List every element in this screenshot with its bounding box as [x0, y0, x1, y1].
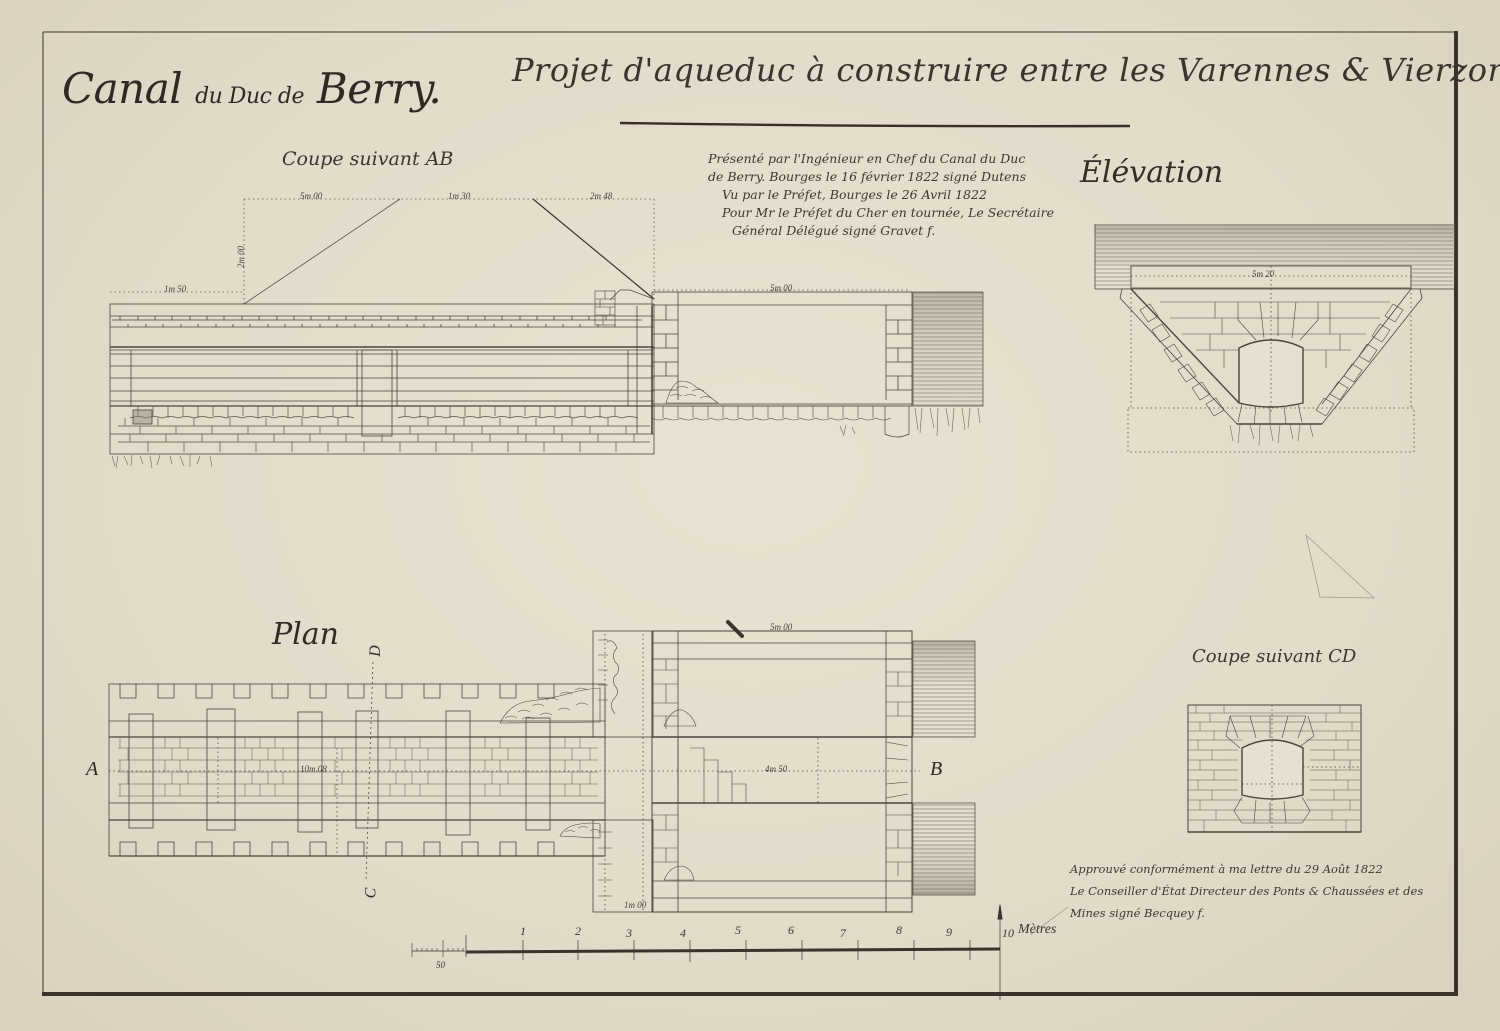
project-title: Projet d'aqueduc à construire entre les …	[512, 54, 1500, 86]
canal-word: Canal	[62, 64, 182, 113]
section-ab-title: Coupe suivant AB	[282, 150, 453, 169]
plan-title: Plan	[272, 620, 339, 650]
canal-connector: du Duc de	[195, 84, 304, 109]
canal-title: Canal du Duc de Berry.	[62, 68, 441, 110]
scale-bar	[412, 905, 1068, 1000]
dim-ab-top-mid: 1m 30	[448, 191, 470, 201]
scale-tick-2: 2	[575, 924, 581, 939]
section-label-c: C	[362, 888, 380, 899]
plan-head-wall	[593, 622, 912, 912]
dim-plan-wall: 1m 00	[624, 900, 646, 910]
scale-unit: Mètres	[1018, 922, 1056, 938]
approval-note: Approuvé conformément à ma lettre du 29 …	[1070, 858, 1423, 924]
title-underline	[620, 123, 1130, 126]
elevation-title: Élévation	[1080, 158, 1223, 188]
scale-sub-label: 50	[436, 960, 445, 970]
dim-ab-left-berm: 1m 50	[164, 284, 186, 294]
scale-tick-10: 10	[1002, 926, 1014, 941]
scale-tick-4: 4	[680, 926, 686, 941]
dim-ab-head-wall: 5m 00	[770, 283, 792, 293]
canal-name: Berry.	[317, 64, 441, 113]
dim-plan-head-length: 4m 50	[765, 764, 787, 774]
presentation-note-line: Vu par le Préfet, Bourges le 26 Avril 18…	[708, 186, 1054, 204]
dim-plan-length: 10m 08	[300, 764, 327, 774]
approval-note-line: Approuvé conformément à ma lettre du 29 …	[1070, 858, 1423, 880]
scale-tick-7: 7	[840, 926, 846, 941]
dim-ab-height: 2m 00	[236, 246, 246, 268]
dim-elevation-width: 5m 20	[1252, 269, 1274, 279]
section-label-a: A	[86, 758, 98, 781]
dim-plan-head-top: 5m 00	[770, 622, 792, 632]
presentation-note-line: de Berry. Bourges le 16 février 1822 sig…	[708, 168, 1054, 186]
presentation-note-line: Général Délégué signé Gravet f.	[708, 222, 1054, 240]
scale-tick-3: 3	[626, 926, 632, 941]
dim-ab-top-left: 5m 00	[300, 191, 322, 201]
roots-ab	[915, 408, 980, 436]
scale-tick-5: 5	[735, 923, 741, 938]
presentation-note-line: Pour Mr le Préfet du Cher en tournée, Le…	[708, 204, 1054, 222]
pencil-sketch-triangle	[1306, 535, 1374, 598]
plan-drawing	[109, 662, 920, 880]
section-cd-title: Coupe suivant CD	[1192, 648, 1356, 666]
drawing-sheet: Canal du Duc de Berry. Projet d'aqueduc …	[0, 0, 1500, 1031]
scale-tick-1: 1	[520, 924, 526, 939]
approval-note-line: Mines signé Becquey f.	[1070, 902, 1423, 924]
presentation-note-line: Présenté par l'Ingénieur en Chef du Cana…	[708, 150, 1054, 168]
scale-tick-9: 9	[946, 925, 952, 940]
section-ab-head-wall	[652, 292, 913, 437]
dim-ab-top-right: 2m 48	[590, 191, 612, 201]
scale-tick-8: 8	[896, 923, 902, 938]
scale-tick-6: 6	[788, 923, 794, 938]
approval-note-line: Le Conseiller d'État Directeur des Ponts…	[1070, 880, 1423, 902]
section-label-b: B	[930, 758, 942, 781]
elevation-drawing	[1095, 224, 1455, 452]
section-label-d: D	[367, 645, 385, 657]
section-cd-drawing	[1188, 705, 1361, 832]
presentation-note: Présenté par l'Ingénieur en Chef du Cana…	[708, 150, 1054, 240]
